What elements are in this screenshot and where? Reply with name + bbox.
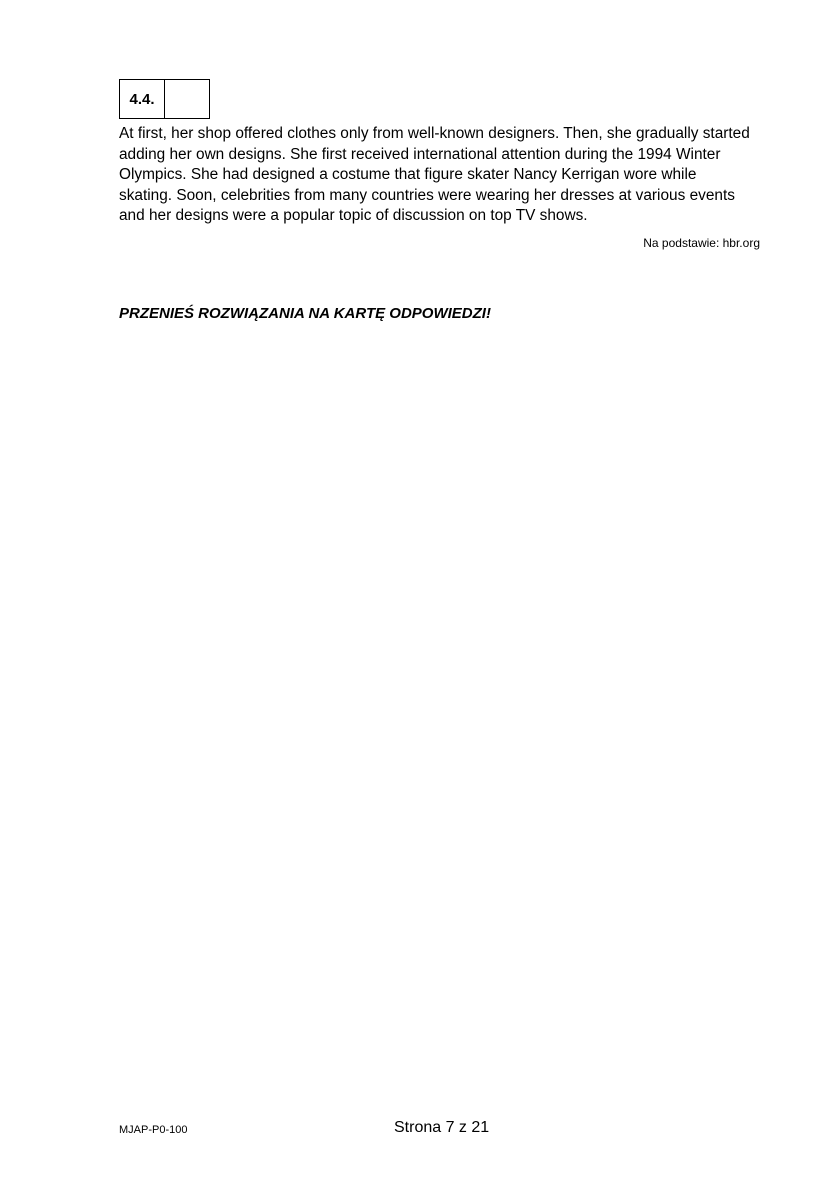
footer-exam-code: MJAP-P0-100 — [119, 1124, 187, 1136]
task-number: 4.4. — [120, 80, 165, 118]
instruction-text: PRZENIEŚ ROZWIĄZANIA NA KARTĘ ODPOWIEDZI… — [119, 305, 491, 322]
answer-cell[interactable] — [165, 80, 209, 118]
footer-page-number: Strona 7 z 21 — [394, 1119, 489, 1137]
paragraph-line: and her designs were a popular topic of … — [119, 206, 769, 227]
text-paragraph: At first, her shop offered clothes only … — [119, 124, 769, 227]
source-citation: Na podstawie: hbr.org — [643, 236, 760, 250]
paragraph-line: skating. Soon, celebrities from many cou… — [119, 186, 769, 207]
paragraph-line: adding her own designs. She first receiv… — [119, 145, 769, 166]
paragraph-line: At first, her shop offered clothes only … — [119, 124, 769, 145]
paragraph-line: Olympics. She had designed a costume tha… — [119, 165, 769, 186]
answer-box: 4.4. — [119, 79, 210, 119]
